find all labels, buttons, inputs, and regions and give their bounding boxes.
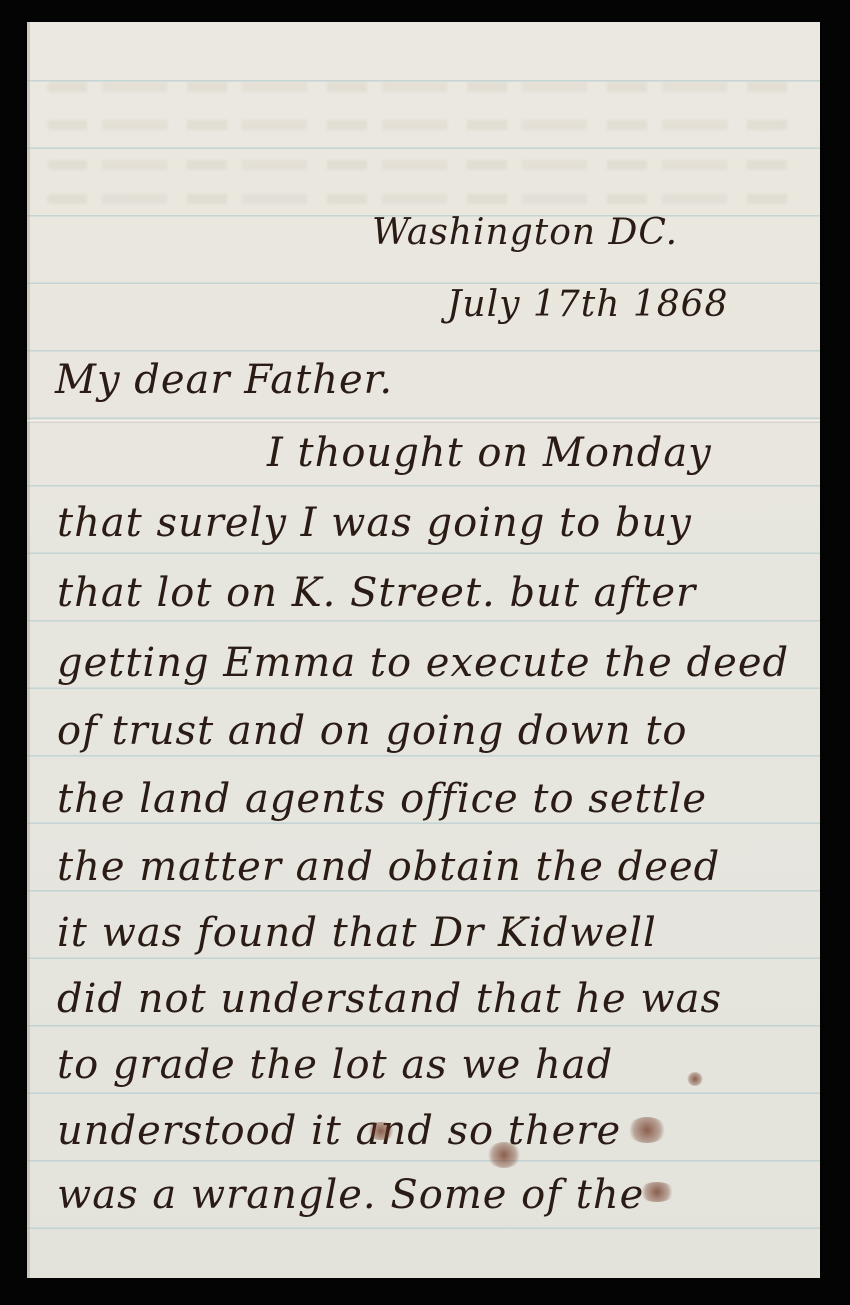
ink-blot: [367, 1122, 395, 1140]
letter-salutation: My dear Father.: [55, 357, 393, 403]
bleed-through-text: [47, 120, 790, 130]
letter-place: Washington DC.: [372, 212, 678, 253]
body-line: understood it and so there: [57, 1108, 621, 1154]
ink-blot: [487, 1142, 521, 1168]
body-line: the land agents office to settle: [57, 776, 707, 822]
letter-page: Washington DC. July 17th 1868 My dear Fa…: [27, 22, 820, 1278]
body-line: getting Emma to execute the deed: [57, 640, 789, 686]
body-line: of trust and on going down to: [57, 708, 687, 754]
body-line: did not understand that he was: [57, 976, 722, 1022]
paper-edge: [27, 22, 30, 1278]
body-line: that surely I was going to buy: [57, 500, 692, 546]
ink-blot: [687, 1072, 703, 1086]
bleed-through-text: [47, 160, 790, 170]
body-line: I thought on Monday: [267, 430, 712, 476]
ink-blot: [627, 1117, 667, 1143]
body-line: that lot on K. Street. but after: [57, 570, 696, 616]
body-line: was a wrangle. Some of the: [57, 1172, 644, 1218]
body-line: the matter and obtain the deed: [57, 844, 720, 890]
letter-date: July 17th 1868: [447, 284, 728, 325]
paper-fold-crease: [27, 420, 820, 423]
bleed-through-text: [47, 82, 790, 92]
bleed-through-text: [47, 194, 790, 204]
body-line: it was found that Dr Kidwell: [57, 910, 657, 956]
ink-blot: [639, 1182, 675, 1202]
body-line: to grade the lot as we had: [57, 1042, 613, 1088]
